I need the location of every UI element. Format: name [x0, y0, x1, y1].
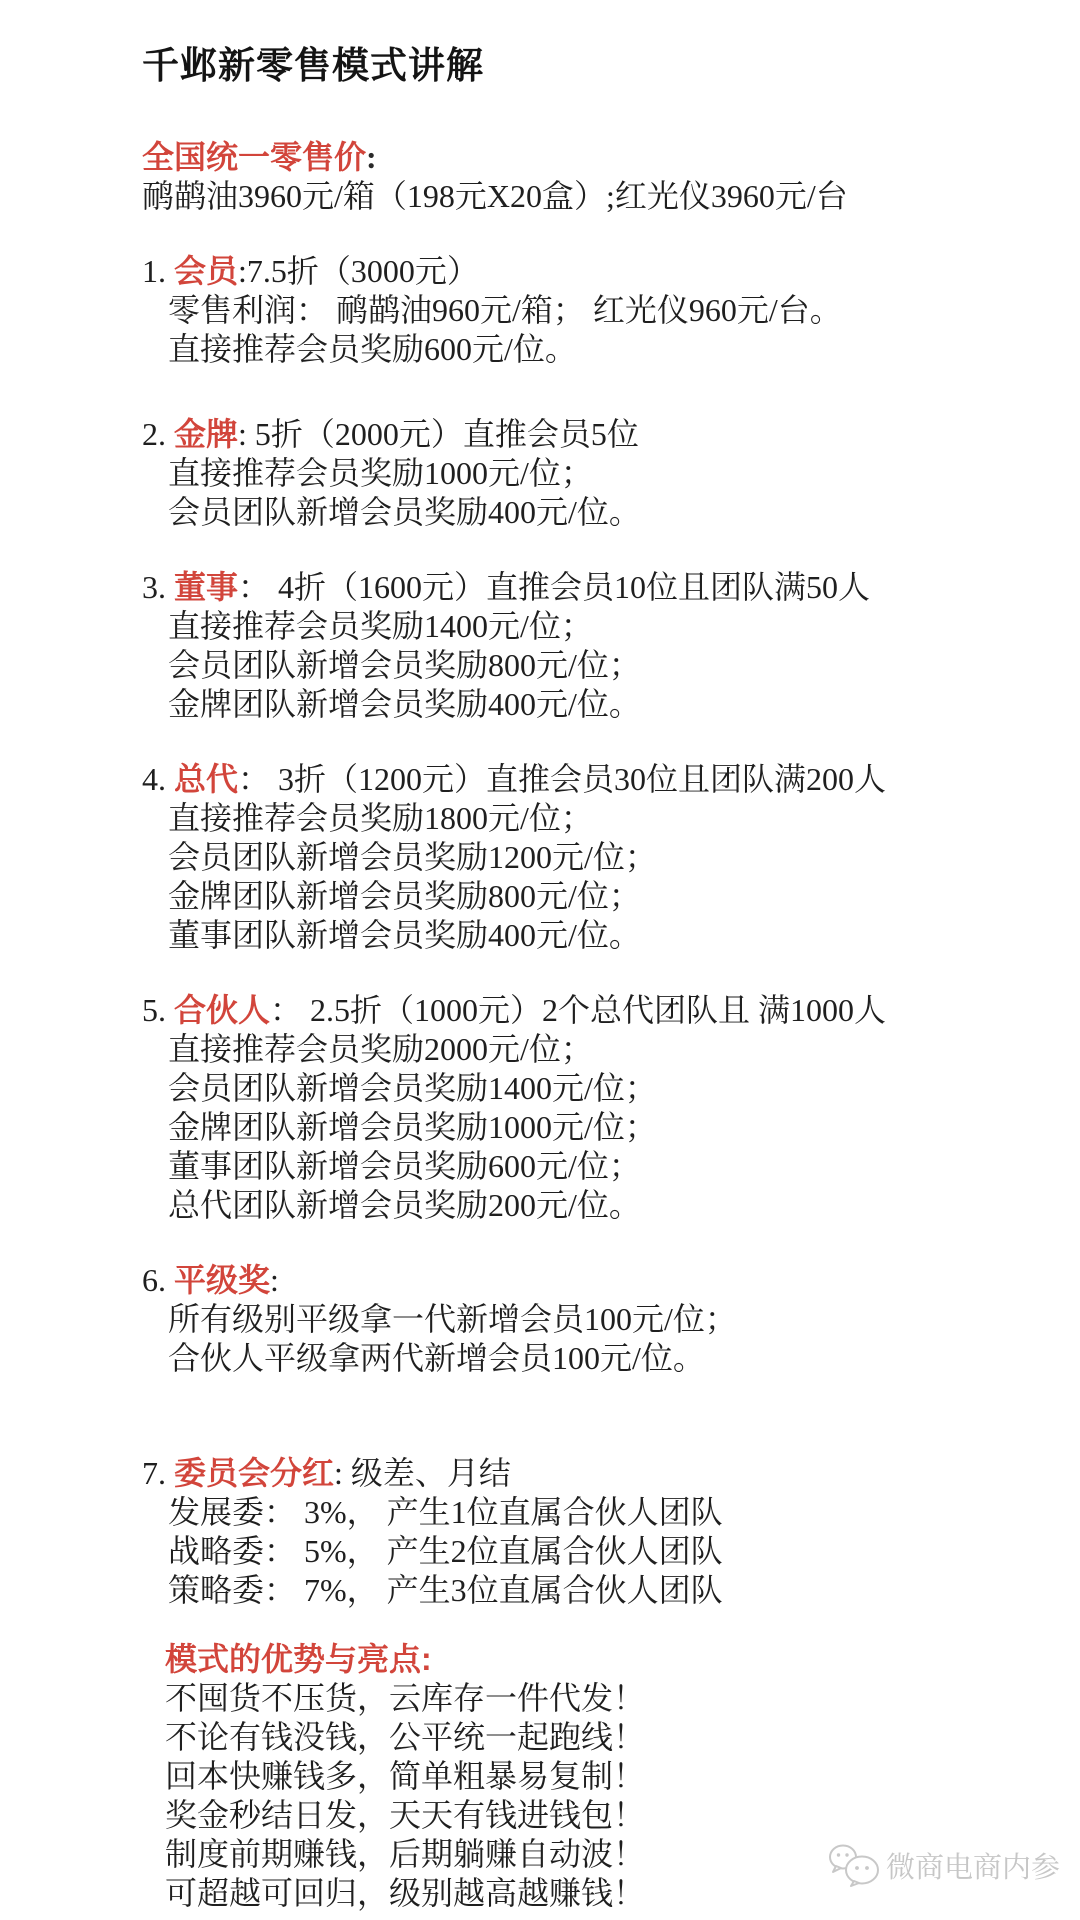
detail-line: 合伙人平级拿两代新增会员100元/位。 — [168, 1339, 1080, 1378]
detail-line: 会员团队新增会员奖励1400元/位； — [168, 1069, 1080, 1108]
detail-line: 直接推荐会员奖励2000元/位； — [168, 1030, 1080, 1069]
detail-line: 董事团队新增会员奖励600元/位； — [168, 1147, 1080, 1186]
price-detail-line: 鸸鹋油3960元/箱（198元X20盒）;红光仪3960元/台 — [142, 177, 1080, 216]
detail-line: 会员团队新增会员奖励1200元/位； — [168, 838, 1080, 877]
section-rest: : — [270, 1262, 279, 1298]
detail-line: 直接推荐会员奖励1000元/位； — [168, 454, 1080, 493]
section-number: 4. — [142, 761, 166, 797]
price-header-colon: : — [366, 139, 377, 175]
section-term: 合伙人 — [174, 992, 270, 1028]
section-rest: ： 4折（1600元）直推会员10位且团队满50人 — [238, 569, 870, 605]
detail-line: 发展委： 3%， 产生1位直属合伙人团队 — [168, 1493, 1080, 1532]
section-rest: ： 2.5折（1000元）2个总代团队且 满1000人 — [270, 992, 886, 1028]
section-term: 平级奖 — [174, 1262, 270, 1298]
detail-line: 总代团队新增会员奖励200元/位。 — [168, 1186, 1080, 1225]
section-header: 2.金牌: 5折（2000元）直推会员5位 — [168, 415, 1080, 454]
detail-line: 会员团队新增会员奖励400元/位。 — [168, 493, 1080, 532]
section-director: 3.董事： 4折（1600元）直推会员10位且团队满50人 直接推荐会员奖励14… — [0, 568, 1080, 724]
section-number: 3. — [142, 569, 166, 605]
detail-line: 策略委： 7%， 产生3位直属合伙人团队 — [168, 1571, 1080, 1610]
section-term: 董事 — [174, 569, 238, 605]
section-rest: : 5折（2000元）直推会员5位 — [238, 416, 639, 452]
price-header-label: 全国统一零售价 — [142, 139, 366, 175]
section-header: 3.董事： 4折（1600元）直推会员10位且团队满50人 — [168, 568, 1080, 607]
advantage-line: 不论有钱没钱，公平统一起跑线！ — [165, 1718, 1080, 1757]
section-header: 7.委员会分红: 级差、月结 — [168, 1454, 1080, 1493]
section-member: 1.会员:7.5折（3000元） 零售利润： 鸸鹋油960元/箱； 红光仪960… — [0, 252, 1080, 369]
section-header: 1.会员:7.5折（3000元） — [168, 252, 1080, 291]
advantages-heading: 模式的优势与亮点: — [165, 1640, 1080, 1679]
section-general-agent: 4.总代： 3折（1200元）直推会员30位且团队满200人 直接推荐会员奖励1… — [0, 760, 1080, 955]
detail-line: 战略委： 5%， 产生2位直属合伙人团队 — [168, 1532, 1080, 1571]
section-number: 6. — [142, 1262, 166, 1298]
advantage-line: 不囤货不压货，云库存一件代发！ — [165, 1679, 1080, 1718]
detail-line: 零售利润： 鸸鹋油960元/箱； 红光仪960元/台。 — [168, 291, 1080, 330]
advantage-line: 奖金秒结日发，天天有钱进钱包！ — [165, 1796, 1080, 1835]
section-term: 委员会分红 — [174, 1455, 334, 1491]
detail-line: 所有级别平级拿一代新增会员100元/位； — [168, 1300, 1080, 1339]
advantage-line: 回本快赚钱多，简单粗暴易复制！ — [165, 1757, 1080, 1796]
section-committee-dividend: 7.委员会分红: 级差、月结 发展委： 3%， 产生1位直属合伙人团队 战略委：… — [0, 1454, 1080, 1610]
wechat-bubbles-icon — [828, 1843, 880, 1887]
section-rest: : 级差、月结 — [334, 1455, 511, 1491]
section-header: 4.总代： 3折（1200元）直推会员30位且团队满200人 — [168, 760, 1080, 799]
detail-line: 会员团队新增会员奖励800元/位； — [168, 646, 1080, 685]
section-term: 金牌 — [174, 416, 238, 452]
section-number: 7. — [142, 1455, 166, 1491]
detail-line: 直接推荐会员奖励1400元/位； — [168, 607, 1080, 646]
section-term: 会员 — [174, 253, 238, 289]
section-header: 5.合伙人： 2.5折（1000元）2个总代团队且 满1000人 — [168, 991, 1080, 1030]
section-partner: 5.合伙人： 2.5折（1000元）2个总代团队且 满1000人 直接推荐会员奖… — [0, 991, 1080, 1225]
watermark: 微商电商内参 — [828, 1843, 1060, 1887]
detail-line: 直接推荐会员奖励1800元/位； — [168, 799, 1080, 838]
detail-line: 董事团队新增会员奖励400元/位。 — [168, 916, 1080, 955]
detail-line: 直接推荐会员奖励600元/位。 — [168, 330, 1080, 369]
section-term: 总代 — [174, 761, 238, 797]
section-header: 6.平级奖: — [168, 1261, 1080, 1300]
section-gold: 2.金牌: 5折（2000元）直推会员5位 直接推荐会员奖励1000元/位； 会… — [0, 415, 1080, 532]
page-title: 千邺新零售模式讲解 — [142, 44, 1080, 88]
document-page: 千邺新零售模式讲解 全国统一零售价: 鸸鹋油3960元/箱（198元X20盒）;… — [0, 0, 1080, 1920]
detail-line: 金牌团队新增会员奖励400元/位。 — [168, 685, 1080, 724]
section-number: 5. — [142, 992, 166, 1028]
section-number: 1. — [142, 253, 166, 289]
section-number: 2. — [142, 416, 166, 452]
section-peer-bonus: 6.平级奖: 所有级别平级拿一代新增会员100元/位； 合伙人平级拿两代新增会员… — [0, 1261, 1080, 1378]
watermark-text: 微商电商内参 — [886, 1845, 1060, 1886]
price-block: 全国统一零售价: 鸸鹋油3960元/箱（198元X20盒）;红光仪3960元/台 — [142, 138, 1080, 216]
section-rest: :7.5折（3000元） — [238, 253, 479, 289]
detail-line: 金牌团队新增会员奖励1000元/位； — [168, 1108, 1080, 1147]
section-rest: ： 3折（1200元）直推会员30位且团队满200人 — [238, 761, 886, 797]
detail-line: 金牌团队新增会员奖励800元/位； — [168, 877, 1080, 916]
price-header-line: 全国统一零售价: — [142, 138, 1080, 177]
